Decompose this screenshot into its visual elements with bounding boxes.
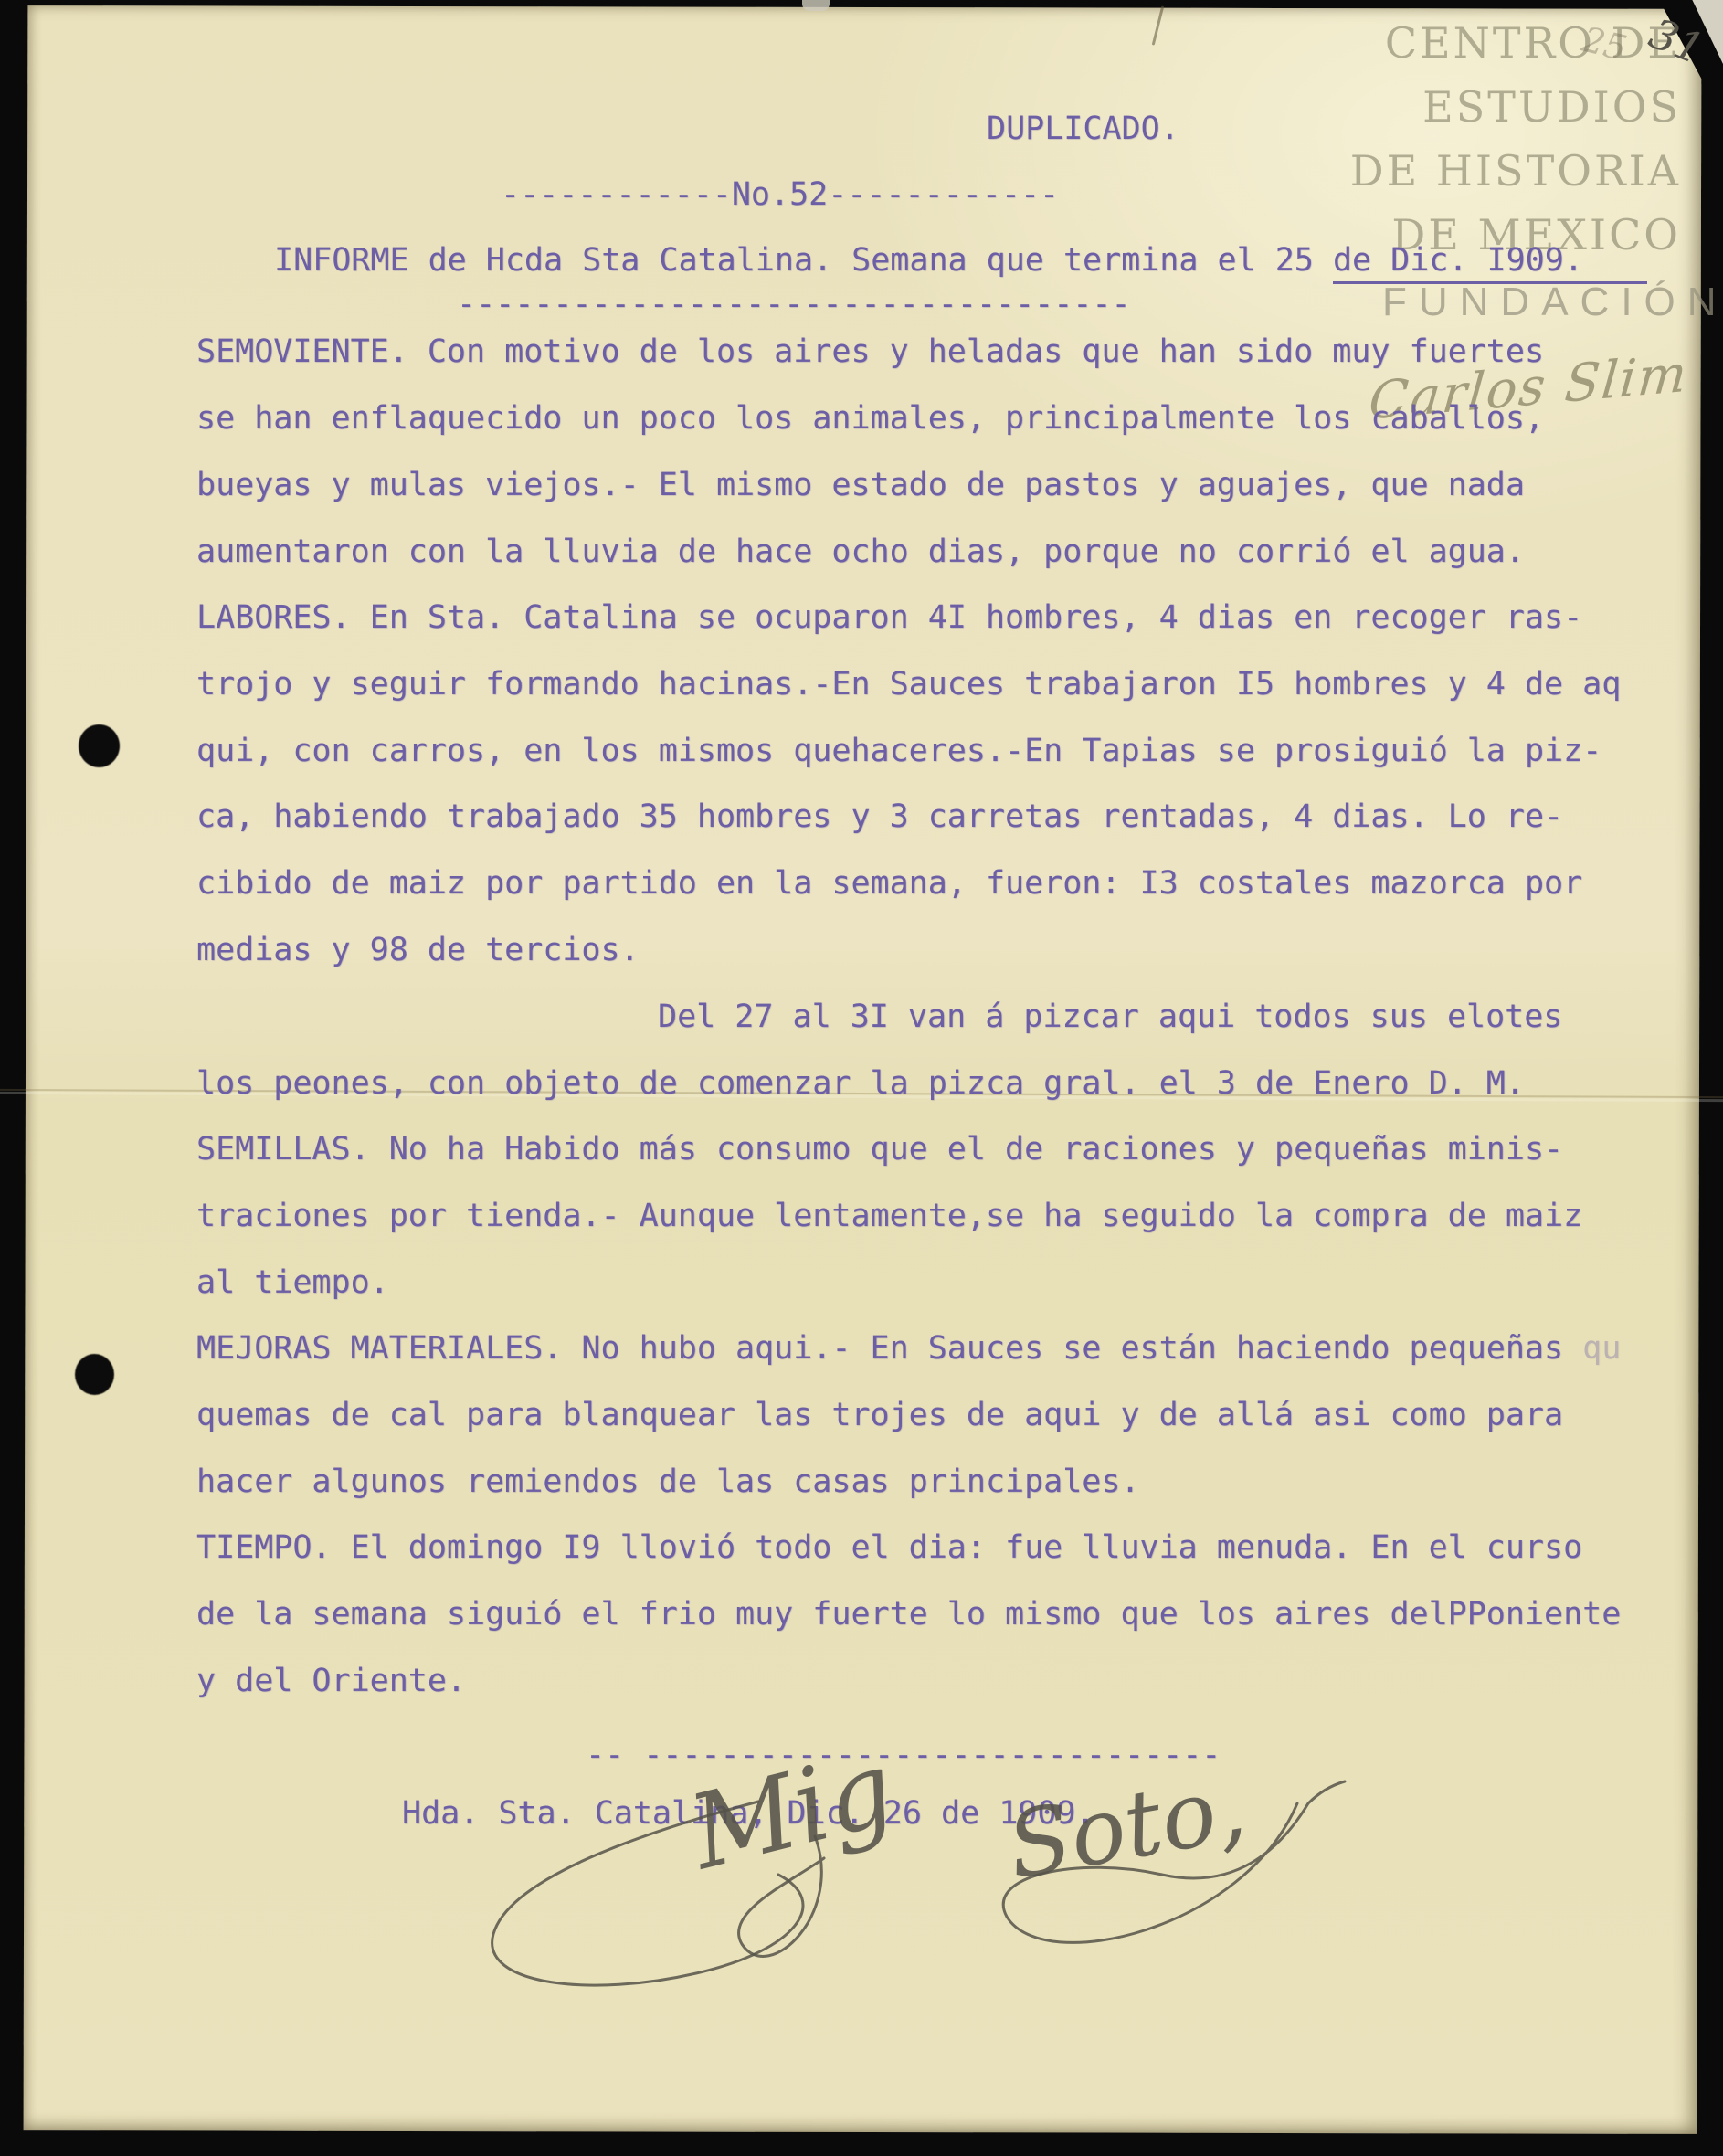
text-segment: se han enflaquecido un poco los animales… — [196, 400, 1544, 437]
text-line: ca, habiendo trabajado 35 hombres y 3 ca… — [196, 796, 1563, 838]
text-segment: los peones, con objeto de comenzar la pi… — [196, 1065, 1525, 1102]
text-line: LABORES. En Sta. Catalina se ocuparon 4I… — [196, 597, 1582, 639]
text-line: DUPLICADO. — [987, 108, 1179, 150]
text-line: traciones por tienda.- Aunque lentamente… — [196, 1195, 1582, 1237]
text-segment: hacer algunos remiendos de las casas pri… — [196, 1464, 1140, 1500]
text-line: ------------No.52------------ — [501, 174, 1059, 216]
text-segment: SEMILLAS. No ha Habido más consumo que e… — [196, 1131, 1563, 1168]
text-line: MEJORAS MATERIALES. No hubo aqui.- En Sa… — [196, 1327, 1621, 1369]
text-segment: de Dic. I909. — [1333, 242, 1647, 284]
text-segment: qu — [1582, 1330, 1621, 1367]
text-line: Del 27 al 3I van á pizcar aqui todos sus… — [658, 996, 1562, 1038]
text-line: ----------------------------------- — [457, 283, 1131, 325]
text-segment: LABORES. En Sta. Catalina se ocuparon 4I… — [196, 599, 1582, 636]
text-segment: SEMOVIENTE. Con motivo de los aires y he… — [196, 333, 1544, 370]
text-segment: MEJORAS MATERIALES. No hubo aqui.- En Sa… — [196, 1330, 1582, 1367]
text-line: hacer algunos remiendos de las casas pri… — [196, 1461, 1140, 1503]
text-line: bueyas y mulas viejos.- El mismo estado … — [196, 464, 1525, 506]
text-line: aumentaron con la lluvia de hace ocho di… — [196, 531, 1525, 573]
text-line: los peones, con objeto de comenzar la pi… — [196, 1062, 1525, 1104]
text-segment: DUPLICADO. — [987, 111, 1179, 147]
text-line: SEMOVIENTE. Con motivo de los aires y he… — [196, 331, 1544, 373]
text-segment: al tiempo. — [196, 1264, 389, 1301]
text-line: TIEMPO. El domingo I9 llovió todo el dia… — [196, 1527, 1582, 1569]
signature-text-last: Soto, — [999, 1753, 1253, 1900]
text-segment: Del 27 al 3I van á pizcar aqui todos sus… — [658, 999, 1562, 1035]
text-line: trojo y seguir formando hacinas.-En Sauc… — [196, 663, 1621, 705]
signature-text-first: Mig — [678, 1747, 905, 1894]
text-line: INFORME de Hcda Sta Catalina. Semana que… — [274, 239, 1647, 281]
text-segment: bueyas y mulas viejos.- El mismo estado … — [196, 467, 1525, 503]
text-line: quemas de cal para blanquear las trojes … — [196, 1394, 1563, 1436]
text-segment: aumentaron con la lluvia de hace ocho di… — [196, 534, 1525, 570]
text-segment: INFORME de Hcda Sta Catalina. Semana que… — [274, 242, 1333, 279]
text-line: SEMILLAS. No ha Habido más consumo que e… — [196, 1128, 1563, 1170]
text-line: cibido de maiz por partido en la semana,… — [196, 862, 1582, 904]
text-segment: ca, habiendo trabajado 35 hombres y 3 ca… — [196, 798, 1563, 835]
text-segment: ----------------------------------- — [457, 286, 1131, 322]
text-line: al tiempo. — [196, 1262, 389, 1304]
text-segment: quemas de cal para blanquear las trojes … — [196, 1397, 1563, 1433]
text-line: se han enflaquecido un poco los animales… — [196, 397, 1544, 439]
text-segment: medias y 98 de tercios. — [196, 932, 640, 968]
text-segment: ------------No.52------------ — [501, 176, 1059, 213]
text-line: de la semana siguió el frio muy fuerte l… — [196, 1593, 1621, 1635]
text-line: qui, con carros, en los mismos quehacere… — [196, 730, 1601, 772]
text-line: medias y 98 de tercios. — [196, 929, 640, 971]
text-segment: traciones por tienda.- Aunque lentamente… — [196, 1198, 1582, 1234]
text-segment: trojo y seguir formando hacinas.-En Sauc… — [196, 666, 1621, 703]
text-segment: de la semana siguió el frio muy fuerte l… — [196, 1596, 1621, 1633]
signature: Mig Soto, — [457, 1747, 1352, 2030]
text-line: y del Oriente. — [196, 1660, 466, 1702]
text-segment: TIEMPO. El domingo I9 llovió todo el dia… — [196, 1529, 1582, 1566]
text-segment: cibido de maiz por partido en la semana,… — [196, 865, 1582, 902]
text-segment: qui, con carros, en los mismos quehacere… — [196, 733, 1601, 769]
text-segment: y del Oriente. — [196, 1663, 466, 1699]
